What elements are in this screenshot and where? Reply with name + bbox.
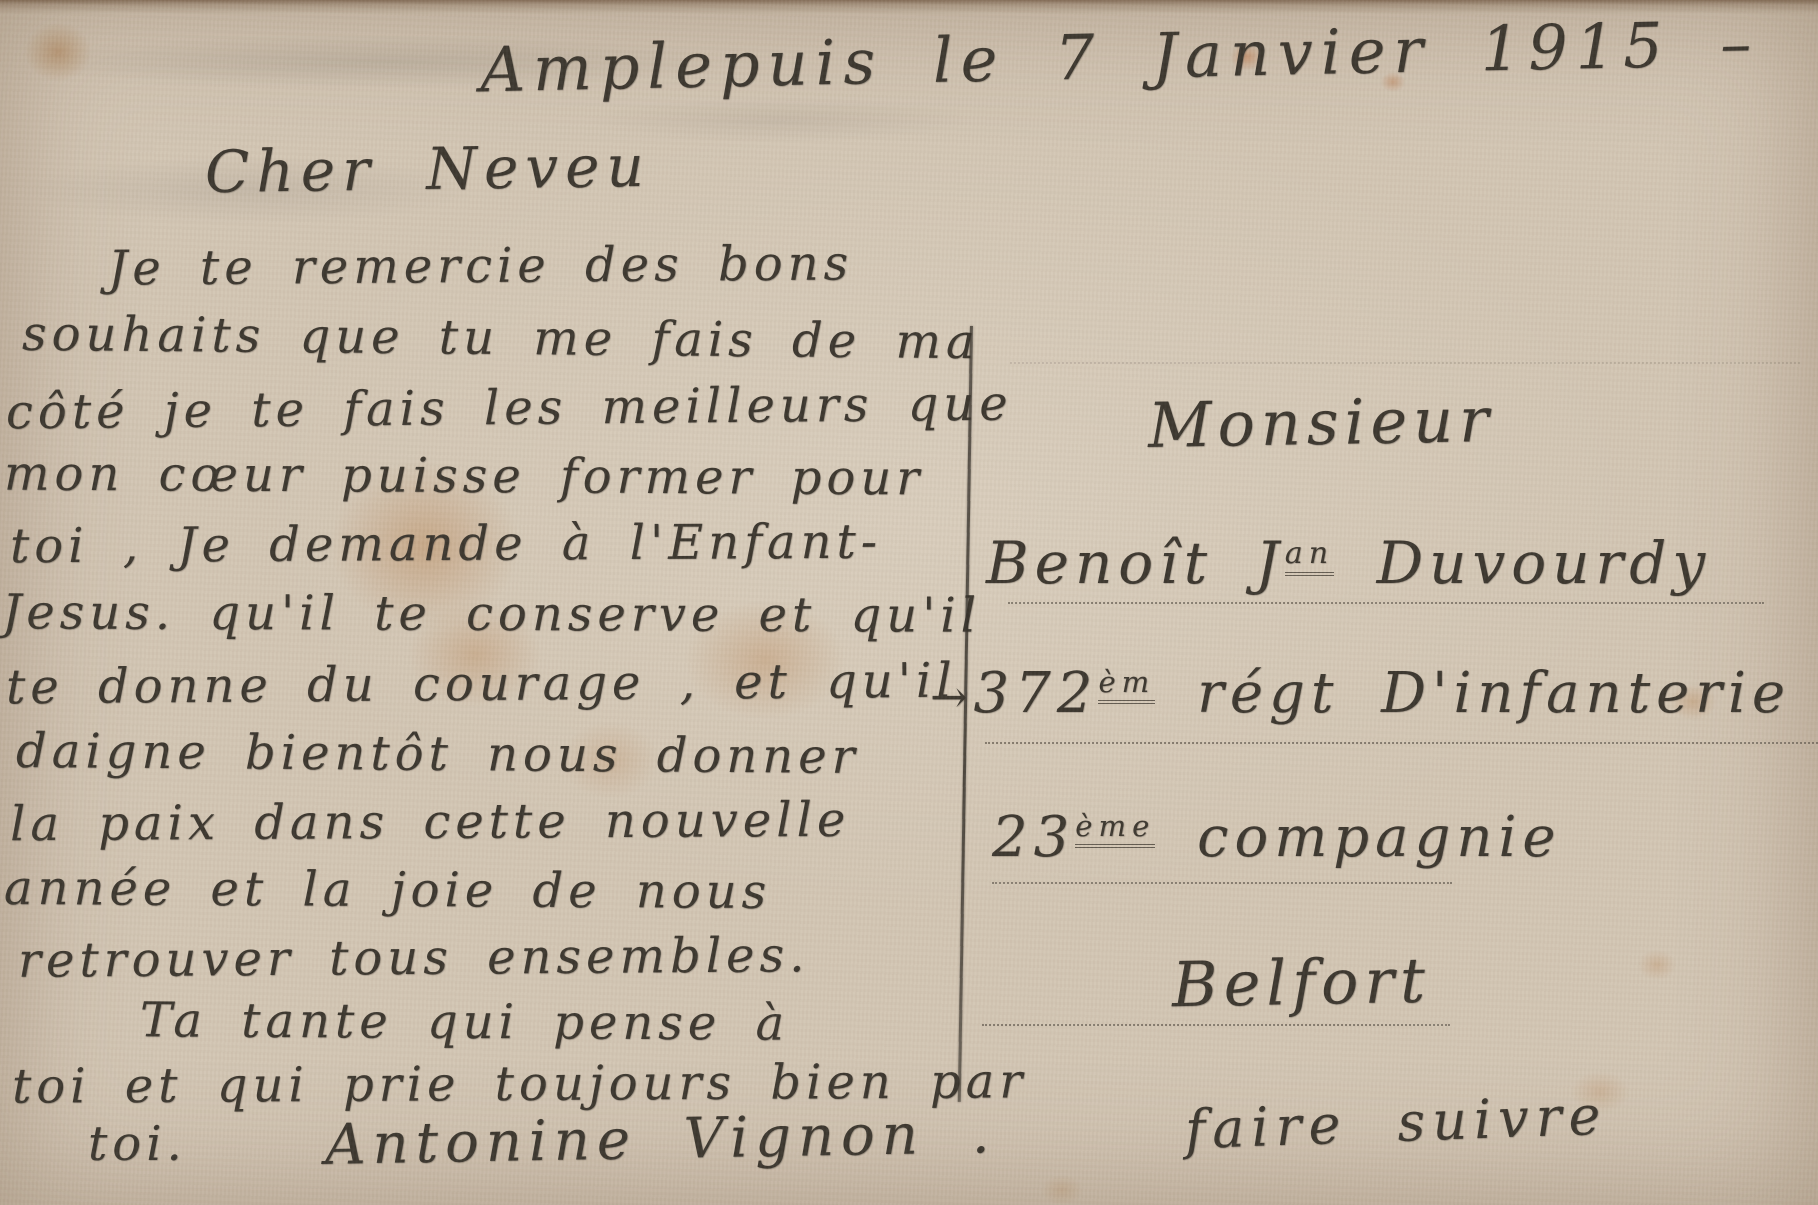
name-superscript: an xyxy=(1285,536,1334,576)
letter-line: daigne bientôt nous donner xyxy=(16,727,860,781)
address-rule xyxy=(992,882,1452,884)
company-superscript: ème xyxy=(1075,809,1155,848)
address-rule xyxy=(985,742,1818,744)
letter-line: retrouver tous ensembles. xyxy=(18,931,810,985)
address-rule xyxy=(982,1024,1450,1026)
regiment-text: régt D'infanterie xyxy=(1155,661,1791,726)
letter-line: toi , Je demande à l'Enfant- xyxy=(10,518,882,571)
letter-line: côté je te fais les meilleurs que xyxy=(6,380,1013,437)
company-text: compagnie xyxy=(1155,805,1561,870)
letter-line: Ta tante qui pense à xyxy=(140,996,789,1047)
regiment-number: 372 xyxy=(974,661,1099,726)
letter-line: te donne du courage , et qu'il xyxy=(6,657,957,712)
signature: Antonine Vignon . xyxy=(325,1106,997,1174)
letter-line: souhaits que tu me fais de ma xyxy=(22,310,980,366)
forwarding-note: faire suivre xyxy=(1184,1089,1608,1158)
company-number: 23 xyxy=(992,805,1075,870)
company-line: 23ème compagnie xyxy=(992,810,1562,866)
city-line: Belfort xyxy=(1171,950,1431,1017)
address-rule xyxy=(1008,602,1764,604)
postcard-scan: Amplepuis le 7 Janvier 1915 – Cher Neveu… xyxy=(0,0,1818,1205)
salutation: Cher Neveu xyxy=(205,137,652,201)
letter-line: Jesus. qu'il te conserve et qu'il xyxy=(2,588,981,639)
regiment-superscript: èm xyxy=(1098,665,1155,704)
letter-line: année et la joie de nous xyxy=(4,864,771,916)
letter-line: Je te remercie des bons xyxy=(108,239,853,292)
letter-line: mon cœur puisse former pour xyxy=(4,450,924,503)
addressee-name-last: Duvourdy xyxy=(1334,529,1711,597)
arrow-mark: → xyxy=(930,670,974,723)
regiment-line: →372èm régt D'infanterie xyxy=(930,666,1791,722)
letter-line: la paix dans cette nouvelle xyxy=(10,796,851,848)
address-title: Monsieur xyxy=(1147,389,1495,457)
addressee-name-first: Benoît J xyxy=(986,529,1285,597)
addressee-name: Benoît Jan Duvourdy xyxy=(986,534,1711,592)
letter-line: toi. xyxy=(88,1120,187,1168)
dateline: Amplepuis le 7 Janvier 1915 – xyxy=(479,13,1759,102)
address-rule xyxy=(1010,362,1800,364)
